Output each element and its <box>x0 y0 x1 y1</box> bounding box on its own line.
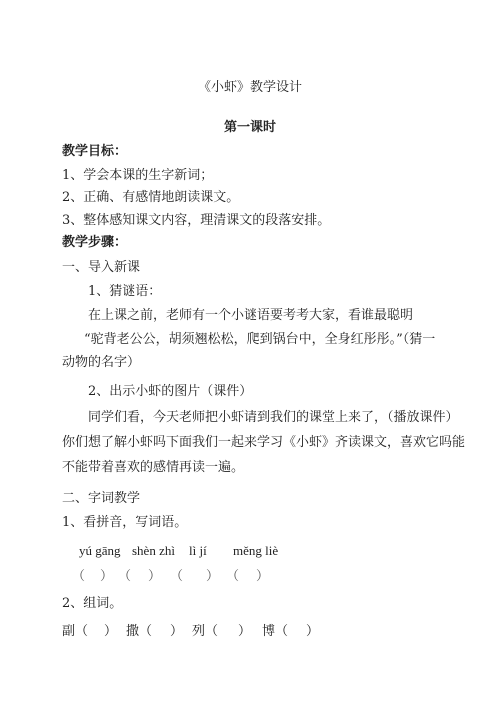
pinyin-word: měng liè <box>233 543 278 559</box>
riddle-line: 动物的名字） <box>62 355 140 371</box>
step-item-label: 2、出示小虾的图片（课件） <box>88 384 252 400</box>
blank-close: ） <box>148 569 161 585</box>
zuci-char: 副（ <box>62 624 88 640</box>
pinyin-word: shèn zhì <box>132 543 175 559</box>
exercise-label: 2、组词。 <box>62 596 122 612</box>
blank-open: （ <box>118 569 131 585</box>
blank-close: ） <box>170 624 183 640</box>
riddle-line: “驼背老公公，胡须翘松松，爬到锅台中，全身红彤彤。”（猜一 <box>84 332 435 348</box>
document-title: 《小虾》教学设计 <box>0 80 500 96</box>
pinyin-word: yú gāng <box>79 543 121 559</box>
goals-heading: 教学目标： <box>62 144 127 160</box>
exercise-label: 1、看拼音，写词语。 <box>62 515 187 531</box>
lesson-subtitle: 第一课时 <box>0 120 500 136</box>
zuci-char: 撒（ <box>126 624 152 640</box>
goal-item: 3、整体感知课文内容，理清课文的段落安排。 <box>62 213 330 229</box>
section-heading: 一、导入新课 <box>62 260 140 276</box>
section-heading: 二、字词教学 <box>62 491 140 507</box>
blank-close: ） <box>256 569 269 585</box>
blank-open: （ <box>226 569 239 585</box>
blank-open: （ <box>72 569 85 585</box>
paragraph-line: 你们想了解小虾吗下面我们一起来学习《小虾》齐读课文，喜欢它吗能 <box>62 435 465 451</box>
blank-open: （ <box>170 569 183 585</box>
zuci-char: 列（ <box>192 624 218 640</box>
blank-close: ） <box>306 624 319 640</box>
blank-close: ） <box>104 624 117 640</box>
blank-close: ） <box>238 624 251 640</box>
paragraph-line: 在上课之前，老师有一个小谜语要考考大家，看谁最聪明 <box>88 308 413 324</box>
blank-close: ） <box>206 569 219 585</box>
paragraph-line: 不能带着喜欢的感情再读一遍。 <box>62 460 244 476</box>
step-item-label: 1、猜谜语： <box>88 284 161 300</box>
blank-close: ） <box>100 569 113 585</box>
pinyin-word: lì jí <box>189 543 207 559</box>
goal-item: 2、正确、有感情地朗读课文。 <box>62 190 239 206</box>
goal-item: 1、学会本课的生字新词； <box>62 168 213 184</box>
paragraph-line: 同学们看，今天老师把小虾请到我们的课堂上来了，（播放课件） <box>88 410 459 426</box>
zuci-char: 博（ <box>262 624 288 640</box>
steps-heading: 教学步骤： <box>62 235 127 251</box>
